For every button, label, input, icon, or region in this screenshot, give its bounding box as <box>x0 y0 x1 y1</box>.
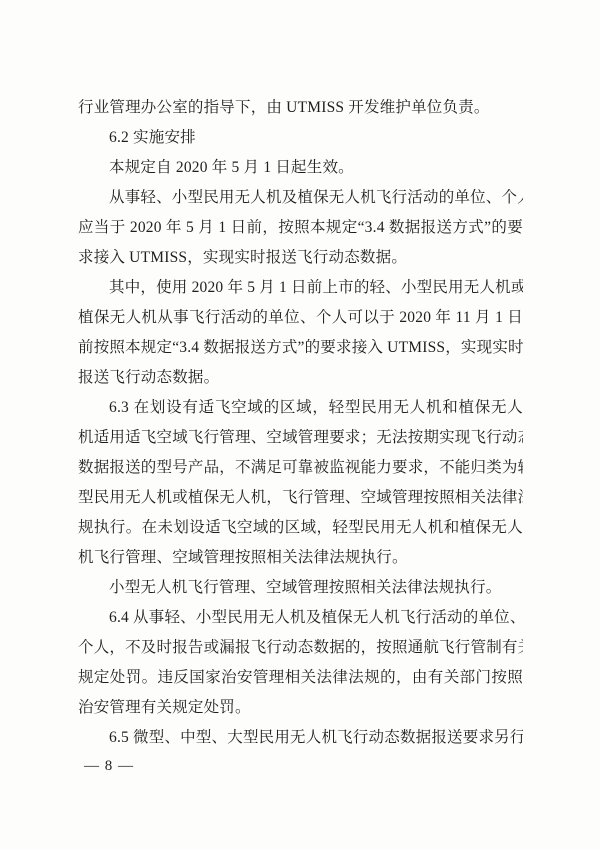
text-line: 个人，不及时报告或漏报飞行动态数据的，按照通航飞行管制有关 <box>78 633 523 663</box>
text-line: 应当于 2020 年 5 月 1 日前，按照本规定“3.4 数据报送方式”的要 <box>78 213 523 243</box>
text-line: 机适用适飞空域飞行管理、空域管理要求；无法按期实现飞行动态 <box>78 423 523 453</box>
text-line: 从事轻、小型民用无人机及植保无人机飞行活动的单位、个人 <box>78 183 523 213</box>
text-line: 前按照本规定“3.4 数据报送方式”的要求接入 UTMISS，实现实时 <box>78 333 523 363</box>
text-line: 机飞行管理、空域管理按照相关法律法规执行。 <box>78 543 523 573</box>
text-line: 行业管理办公室的指导下，由 UTMISS 开发维护单位负责。 <box>78 93 523 123</box>
text-line: 小型无人机飞行管理、空域管理按照相关法律法规执行。 <box>78 573 523 603</box>
text-line: 本规定自 2020 年 5 月 1 日起生效。 <box>78 153 523 183</box>
text-line: 报送飞行动态数据。 <box>78 363 523 393</box>
text-line: 数据报送的型号产品，不满足可靠被监视能力要求，不能归类为轻 <box>78 453 523 483</box>
text-line: 6.3 在划设有适飞空域的区域，轻型民用无人机和植保无人 <box>78 393 523 423</box>
text-line: 其中，使用 2020 年 5 月 1 日前上市的轻、小型民用无人机或 <box>78 273 523 303</box>
page-number: — 8 — <box>84 751 134 781</box>
text-line: 规执行。在未划设适飞空域的区域，轻型民用无人机和植保无人 <box>78 513 523 543</box>
text-line: 植保无人机从事飞行活动的单位、个人可以于 2020 年 11 月 1 日 <box>78 303 523 333</box>
text-line: 6.4 从事轻、小型民用无人机及植保无人机飞行活动的单位、 <box>78 603 523 633</box>
text-line: 规定处罚。违反国家治安管理相关法律法规的，由有关部门按照 <box>78 663 523 693</box>
text-line: 6.5 微型、中型、大型民用无人机飞行动态数据报送要求另行 <box>78 723 523 753</box>
text-line: 治安管理有关规定处罚。 <box>78 693 523 723</box>
text-line: 6.2 实施安排 <box>78 123 523 153</box>
text-line: 求接入 UTMISS，实现实时报送飞行动态数据。 <box>78 243 523 273</box>
document-body: 行业管理办公室的指导下，由 UTMISS 开发维护单位负责。6.2 实施安排本规… <box>78 93 523 753</box>
document-page: 行业管理办公室的指导下，由 UTMISS 开发维护单位负责。6.2 实施安排本规… <box>0 0 600 849</box>
text-line: 型民用无人机或植保无人机，飞行管理、空域管理按照相关法律法 <box>78 483 523 513</box>
